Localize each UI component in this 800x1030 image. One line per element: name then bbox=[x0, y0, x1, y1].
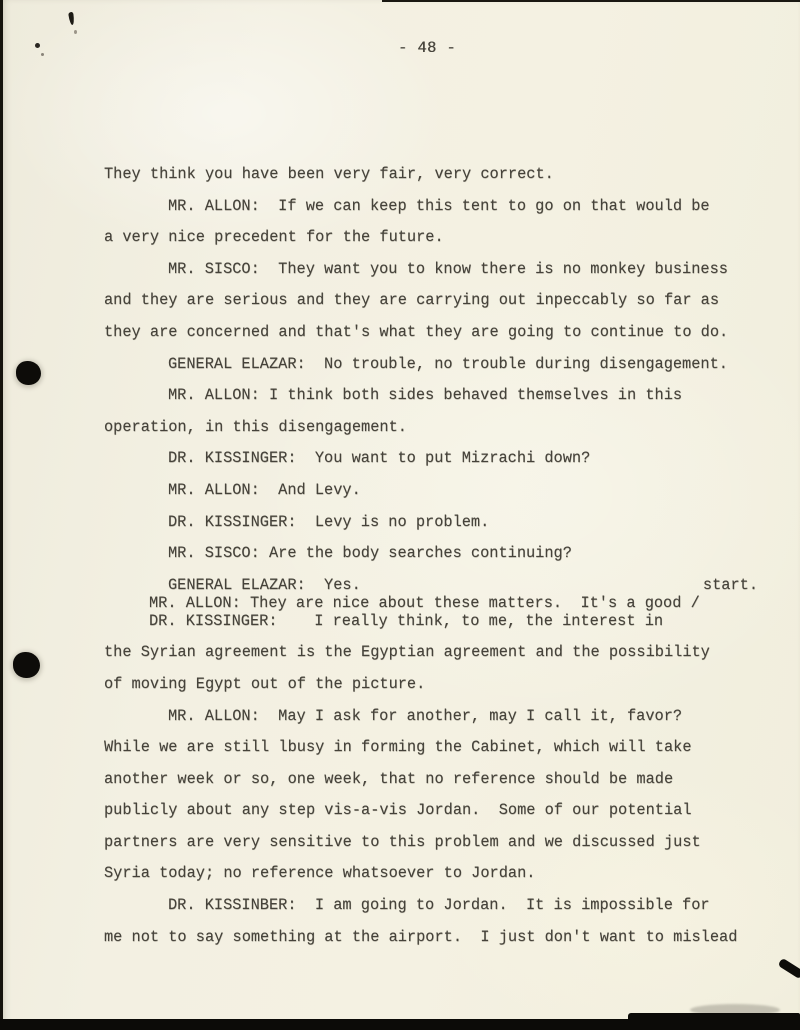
ink-mark-speck bbox=[74, 30, 77, 34]
transcript-line: While we are still lbusy in forming the … bbox=[104, 739, 772, 771]
page-number: - 48 - bbox=[398, 39, 456, 57]
transcript-line: MR. ALLON: And Levy. bbox=[104, 482, 772, 514]
transcript-line: DR. KISSINGER: I really think, to me, th… bbox=[104, 613, 772, 645]
transcript-line: me not to say something at the airport. … bbox=[104, 929, 772, 961]
transcript-line: partners are very sensitive to this prob… bbox=[104, 834, 772, 866]
transcript-line: publicly about any step vis-a-vis Jordan… bbox=[104, 802, 772, 834]
transcript-line: a very nice precedent for the future. bbox=[104, 229, 772, 261]
transcript-body: They think you have been very fair, very… bbox=[104, 166, 772, 960]
margin-note: start. bbox=[703, 577, 758, 593]
transcript-line: operation, in this disengagement. bbox=[104, 419, 772, 451]
transcript-line: MR. ALLON: If we can keep this tent to g… bbox=[104, 198, 772, 230]
transcript-line: MR. SISCO: Are the body searches continu… bbox=[104, 545, 772, 577]
scan-edge-bottom bbox=[0, 1019, 800, 1030]
transcript-line: MR. ALLON: May I ask for another, may I … bbox=[104, 708, 772, 740]
scan-mark-right bbox=[778, 958, 800, 979]
scan-edge-left bbox=[0, 0, 3, 1030]
transcript-line: GENERAL ELAZAR: Yes.start. bbox=[104, 577, 772, 595]
transcript-line: MR. SISCO: They want you to know there i… bbox=[104, 261, 772, 293]
transcript-line: Syria today; no reference whatsoever to … bbox=[104, 865, 772, 897]
ink-mark-speck bbox=[41, 53, 44, 56]
hole-punch-bottom-icon bbox=[13, 652, 40, 678]
ink-mark-apostrophe bbox=[68, 12, 75, 26]
transcript-line: and they are serious and they are carryi… bbox=[104, 292, 772, 324]
transcript-line: another week or so, one week, that no re… bbox=[104, 771, 772, 803]
transcript-line: DR. KISSINBER: I am going to Jordan. It … bbox=[104, 897, 772, 929]
transcript-line: they are concerned and that's what they … bbox=[104, 324, 772, 356]
transcript-line: DR. KISSINGER: You want to put Mizrachi … bbox=[104, 450, 772, 482]
transcript-line: DR. KISSINGER: Levy is no problem. bbox=[104, 514, 772, 546]
ink-mark-dot bbox=[35, 43, 40, 48]
scanned-document-page: - 48 - They think you have been very fai… bbox=[0, 0, 800, 1030]
transcript-line: MR. ALLON: They are nice about these mat… bbox=[104, 595, 772, 613]
transcript-line: GENERAL ELAZAR: No trouble, no trouble d… bbox=[104, 356, 772, 388]
transcript-line: They think you have been very fair, very… bbox=[104, 166, 772, 198]
transcript-line: of moving Egypt out of the picture. bbox=[104, 676, 772, 708]
transcript-line: MR. ALLON: I think both sides behaved th… bbox=[104, 387, 772, 419]
hole-punch-top-icon bbox=[16, 361, 41, 385]
scan-edge-top bbox=[382, 0, 800, 2]
transcript-line: the Syrian agreement is the Egyptian agr… bbox=[104, 644, 772, 676]
